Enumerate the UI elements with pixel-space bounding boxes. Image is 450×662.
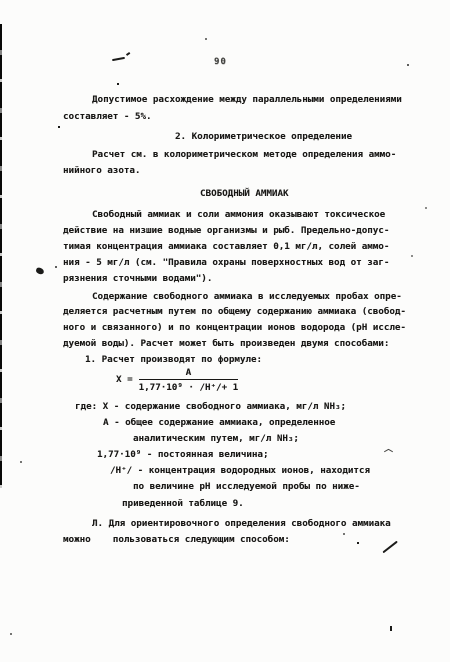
text-line: Содержание свободного аммиака в исследуе… [92, 291, 402, 302]
page-number: 90 [214, 57, 227, 67]
text-line: 1,77·10⁹ - постоянная величина; [97, 449, 268, 460]
ink-speck [58, 126, 60, 128]
ink-speck [411, 255, 413, 257]
text-line: аналитическим путем, мг/л NН₃; [133, 433, 299, 444]
text-line: деляется расчетным путем по общему содер… [63, 306, 406, 317]
section-heading-colorimetric: 2. Колориметрическое определение [175, 131, 352, 142]
text-line: можно пользоваться следующим способом: [63, 534, 290, 545]
text-line: где: X - содержание свободного аммиака, … [75, 401, 346, 412]
ink-speck [357, 542, 359, 544]
text-line: рязнения сточными водами"). [63, 273, 212, 284]
formula-lhs: X = [116, 374, 133, 385]
text-line: действие на низшие водные организмы и ры… [63, 225, 389, 236]
ink-speck [20, 461, 22, 463]
text-line: тимая концентрация аммиака составляет 0,… [63, 241, 389, 252]
text-line: ния - 5 мг/л (см. "Правила охраны поверх… [63, 257, 389, 268]
scanned-document-page: 90 Допустимое расхождение между параллел… [0, 0, 450, 662]
text-line: нийного азота. [63, 165, 140, 176]
ink-speck [425, 207, 427, 209]
text-line: Свободный аммиак и соли аммония оказываю… [92, 209, 385, 220]
text-line: 1. Расчет производят по формуле: [85, 354, 262, 365]
text-line: А - общее содержание аммиака, определенн… [103, 417, 335, 428]
text-line: приведенной таблице 9. [122, 498, 244, 509]
ink-speck [343, 533, 345, 535]
text-line: дуемой воды). Расчет может быть произвед… [63, 338, 389, 349]
ink-speck [117, 83, 119, 85]
ink-speck [407, 64, 409, 66]
text-line: Расчет см. в колориметрическом методе оп… [92, 149, 396, 160]
text-line: по величине рН исследуемой пробы по ниже… [133, 481, 360, 492]
formula-free-ammonia: X = А 1,77·10⁹ · /Н⁺/+ 1 [116, 367, 238, 393]
formula-denominator: 1,77·10⁹ · /Н⁺/+ 1 [139, 380, 239, 393]
ink-speck [390, 626, 392, 631]
section-heading-free-ammonia: СВОБОДНЫЙ АММИАК [200, 188, 289, 199]
text-line: Л. Для ориентировочного определения своб… [92, 518, 391, 529]
text-line: /Н⁺/ - концентрация водородных ионов, на… [110, 465, 370, 476]
text-line: составляет - 5%. [63, 111, 152, 122]
formula-fraction: А 1,77·10⁹ · /Н⁺/+ 1 [139, 367, 239, 393]
formula-numerator: А [139, 367, 239, 380]
ink-speck [55, 266, 57, 268]
text-line: ного и связанного) и по концентрации ион… [63, 322, 406, 333]
ink-speck [205, 38, 207, 40]
ink-speck [10, 633, 12, 635]
document-text: 90 Допустимое расхождение между параллел… [0, 0, 450, 662]
text-line: Допустимое расхождение между параллельны… [92, 94, 402, 105]
